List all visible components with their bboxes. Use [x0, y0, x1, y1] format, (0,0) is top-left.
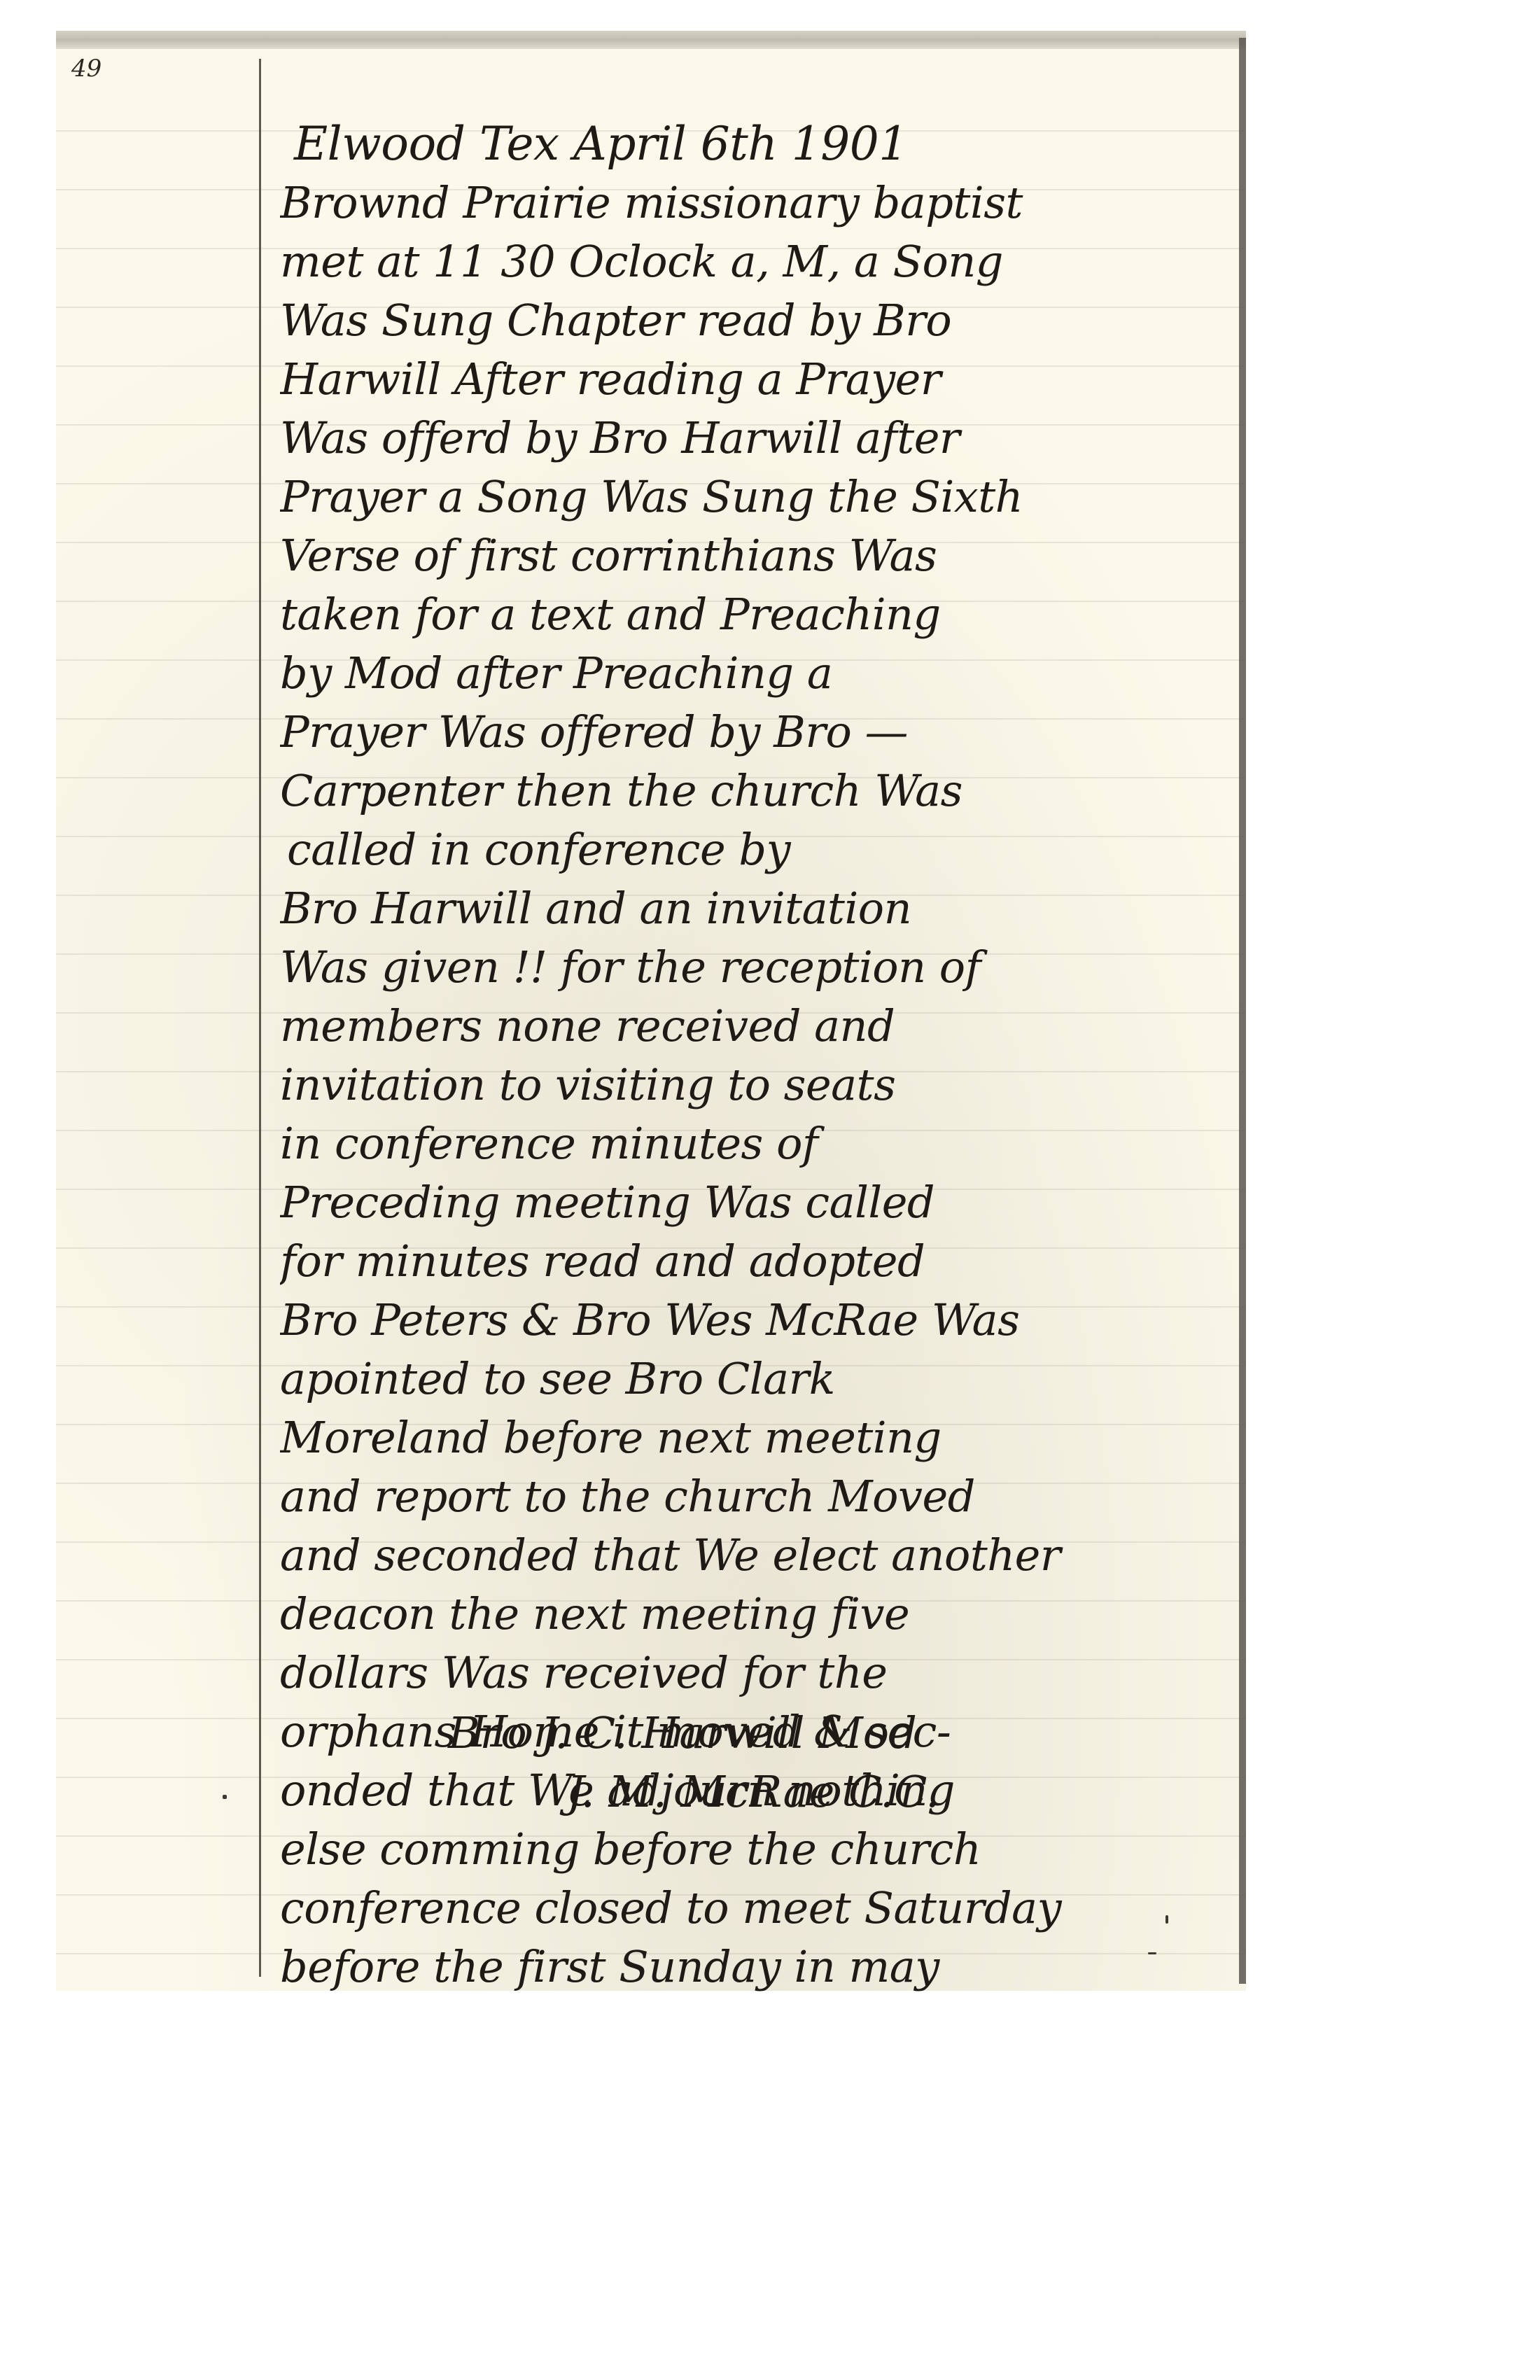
signature-block: Bro J. C. Harwill Mod J. M. McRae C.C.	[448, 1704, 1218, 1821]
text-line: conference closed to meet Saturday	[280, 1879, 1218, 1938]
clerk-signature: J. M. McRae C.C.	[448, 1763, 1218, 1821]
ledger-page: 49 Elwood Tex April 6th 1901 Brownd Prai…	[56, 31, 1246, 1991]
text-line: before the first Sunday in may	[280, 1938, 1218, 1996]
text-line: Bro Peters & Bro Wes McRae Was	[280, 1291, 1218, 1350]
text-line: invitation to visiting to seats	[280, 1056, 1218, 1114]
ink-speck	[223, 1795, 227, 1799]
text-line: Prayer Was offered by Bro —	[280, 703, 1218, 762]
text-line: Moreland before next meeting	[280, 1408, 1218, 1467]
text-line: and report to the church Moved	[280, 1467, 1218, 1526]
text-line: deacon the next meeting five	[280, 1585, 1218, 1644]
text-line: Carpenter then the church Was	[280, 762, 1218, 820]
text-line: for minutes read and adopted	[280, 1232, 1218, 1291]
text-line: by Mod after Preaching a	[280, 644, 1218, 703]
text-line: apointed to see Bro Clark	[280, 1350, 1218, 1408]
text-line: else comming before the church	[280, 1820, 1218, 1879]
text-line: and seconded that We elect another	[280, 1526, 1218, 1585]
text-line: in conference minutes of	[280, 1114, 1218, 1173]
ink-speck	[1148, 1952, 1156, 1954]
text-line: Prayer a Song Was Sung the Sixth	[280, 468, 1218, 526]
text-line: Harwill After reading a Prayer	[280, 350, 1218, 409]
page-number: 49	[71, 55, 101, 83]
text-line: Verse of first corrinthians Was	[280, 526, 1218, 585]
text-line: dollars Was received for the	[280, 1644, 1218, 1702]
page-top-edge	[56, 31, 1246, 49]
dateline: Elwood Tex April 6th 1901	[280, 115, 1218, 174]
text-line: members none received and	[280, 997, 1218, 1056]
page-binding-edge	[1239, 38, 1246, 1984]
text-line: taken for a text and Preaching	[280, 585, 1218, 644]
text-line: called in conference by	[280, 820, 1218, 879]
text-line: Brownd Prairie missionary baptist	[280, 174, 1218, 232]
text-line: Bro Harwill and an invitation	[280, 879, 1218, 938]
ink-speck	[1165, 1915, 1168, 1924]
text-line: met at 11 30 Oclock a, M, a Song	[280, 232, 1218, 291]
text-line: Was given !! for the reception of	[280, 938, 1218, 997]
text-line: Preceding meeting Was called	[280, 1173, 1218, 1232]
moderator-signature: Bro J. C. Harwill Mod	[448, 1704, 1218, 1763]
text-line: Was offerd by Bro Harwill after	[280, 409, 1218, 468]
margin-rule	[259, 59, 261, 1977]
text-line: Was Sung Chapter read by Bro	[280, 291, 1218, 350]
